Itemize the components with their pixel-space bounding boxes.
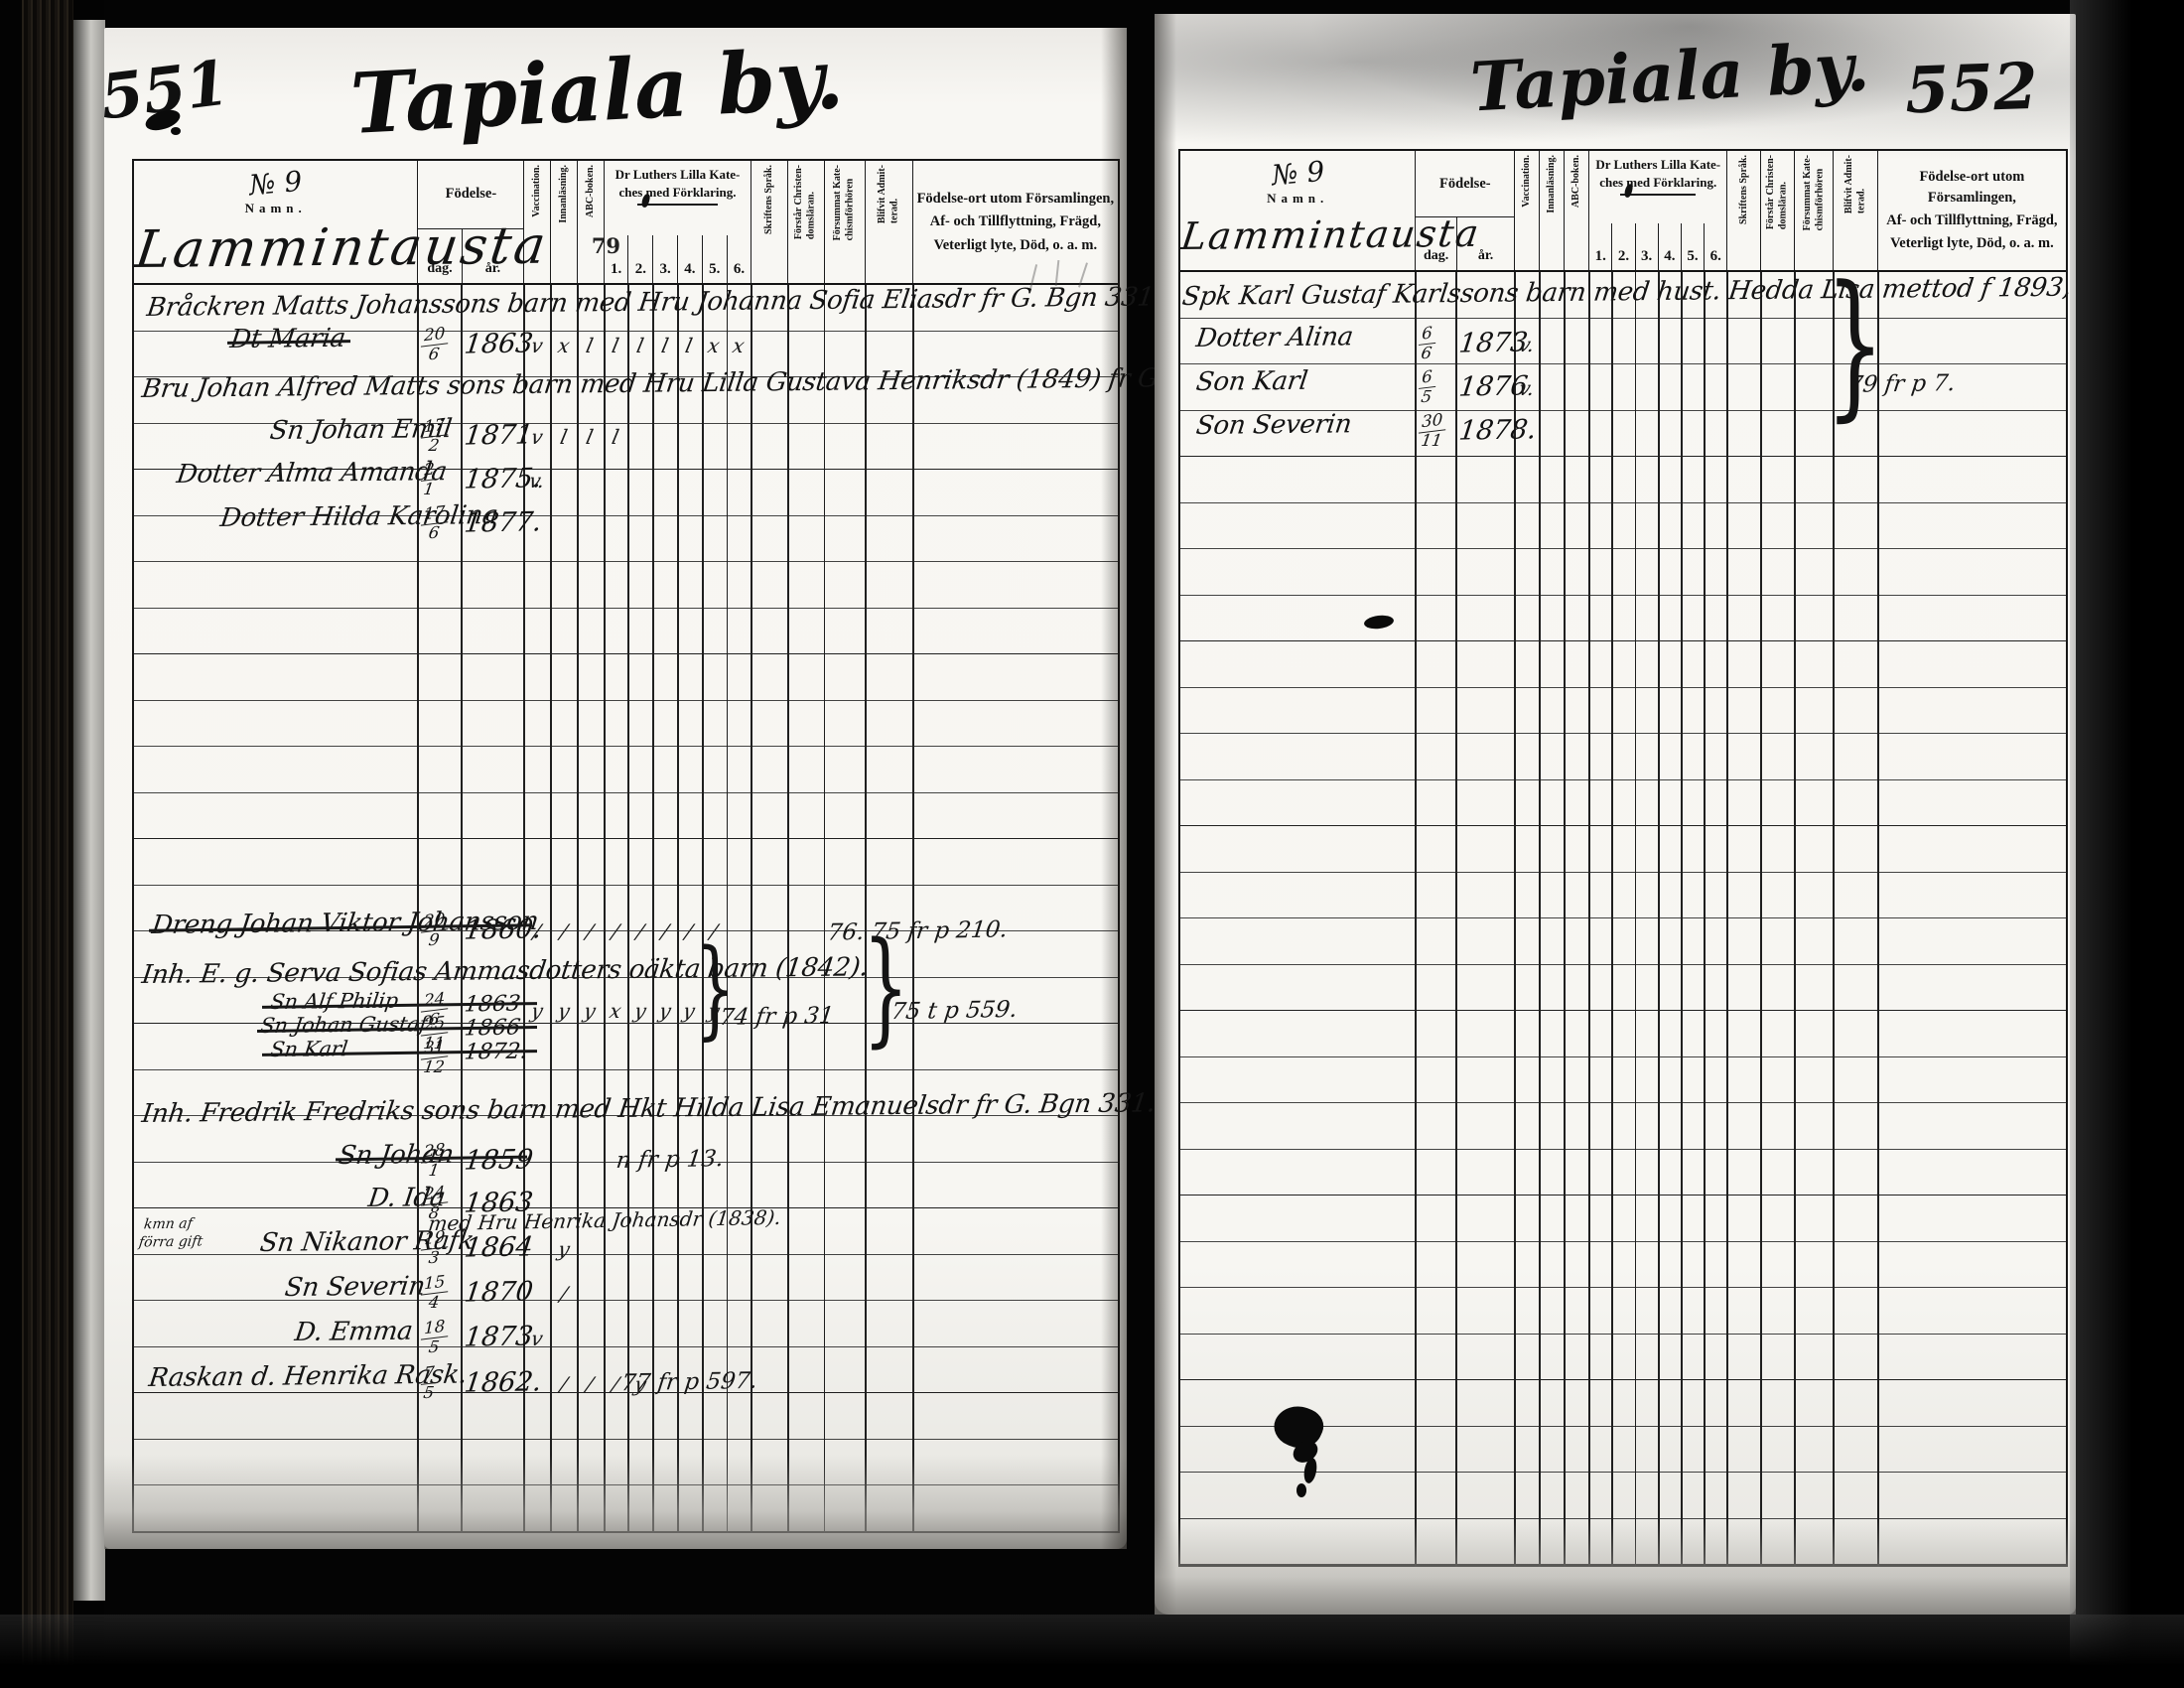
entry-birth-year: 1859 (463, 1144, 535, 1176)
grouping-bracket: } (695, 946, 736, 1032)
household-number: № 9 (248, 165, 304, 203)
ruled-row (134, 1301, 1118, 1347)
header-admitted-label: Blifvit Admit- terad. (877, 165, 901, 223)
birth-date-part: 17 (421, 503, 449, 525)
birth-date-part: 9 (428, 931, 441, 949)
entry-note: kmn af (143, 1216, 194, 1233)
column-line (865, 285, 867, 1533)
column-line (751, 285, 752, 1533)
header-abc-column: ABC-boken. (577, 161, 604, 283)
farm-name: Lammintausta (1178, 211, 1483, 258)
catechism-col-5: 5. (702, 235, 727, 283)
ruled-row (1180, 688, 2066, 735)
birth-date-part: 12 (423, 1058, 446, 1076)
ruled-row (1180, 1011, 2066, 1057)
catechism-col-6: 6. (1704, 223, 1726, 270)
remarks-line2: Af- och Tillflyttning, Frägd, (1886, 211, 2057, 230)
ruled-row (1180, 918, 2066, 965)
ruled-row (1180, 1335, 2066, 1381)
entry-birth-date: 3112 (420, 1040, 452, 1075)
birth-date-part: 31 (421, 1038, 449, 1059)
column-line (1681, 272, 1683, 1567)
birth-date-part: 5 (1420, 388, 1433, 406)
catechism-line1: Dr Luthers Lilla Kate- (1595, 157, 1720, 172)
ruled-row (134, 562, 1118, 609)
ruled-row (1180, 965, 2066, 1012)
catechism-col-3: 3. (652, 235, 677, 283)
scan-right-edge (2070, 0, 2184, 1688)
ruled-row (1180, 1103, 2066, 1150)
birth-date-part: 15 (421, 1273, 449, 1295)
column-line (550, 285, 552, 1533)
column-line (1704, 272, 1706, 1567)
entry-birth-date: 176 (420, 505, 452, 541)
entry-birth-date: 206 (420, 327, 452, 362)
column-line (787, 285, 789, 1533)
birth-date-part: 24 (421, 1184, 449, 1205)
entry-birth-year: 1877. (463, 506, 543, 538)
birth-date-part: 6 (1420, 345, 1433, 362)
birth-date-part: 3 (428, 1249, 441, 1267)
ink-speck (171, 127, 181, 135)
entry-name: Dotter Alma Amanda (175, 457, 449, 490)
ruled-row (1180, 1150, 2066, 1196)
column-line (912, 285, 914, 1533)
table-body-right: Spk Karl Gustaf Karlssons barn med hust.… (1180, 272, 2066, 1567)
header-name-label: Namn. (245, 201, 307, 216)
header-missed-label: Försummat Kate- chismförhören (1802, 155, 1827, 230)
birth-date-part: 7 (421, 1364, 438, 1384)
entry-name: Dotter Alina (1194, 322, 1355, 353)
ruled-row (1180, 1288, 2066, 1335)
catechism-col-6: 6. (727, 235, 751, 283)
grouping-bracket: } (1826, 281, 1885, 407)
header-scripture-label: Skriftens Språk. (1738, 155, 1751, 224)
birth-date-part: 24 (421, 990, 449, 1012)
entry-note: förra gift (138, 1233, 204, 1250)
birth-date-part: 28 (421, 1141, 449, 1163)
entry-name: Son Karl (1194, 366, 1309, 397)
column-line (1635, 272, 1637, 1567)
remarks-line3: Veterligt lyte, Död, o. a. m. (934, 235, 1098, 255)
remarks-line1: Födelse-ort utom Församlingen, (917, 189, 1115, 209)
catechism-ink-rule (1620, 194, 1696, 196)
entry-note: 79 (592, 233, 620, 258)
column-line (677, 285, 679, 1533)
catechism-col-1: 1. (1589, 223, 1611, 270)
column-line (727, 285, 729, 1533)
ruled-row (1180, 1196, 2066, 1242)
catechism-line2: ches med Förklaring. (618, 185, 736, 200)
scan-bottom-edge (0, 1615, 2184, 1688)
ruled-row (1180, 1057, 2066, 1104)
entry-birth-date: 193 (420, 1230, 452, 1266)
header-birth-label: Födelse- (1416, 151, 1514, 216)
header-reading-label: Innanläsning. (558, 165, 571, 223)
entry-note: 76. 75 fr p 210. (826, 916, 1009, 945)
entry-note: 75 t p 559. (889, 997, 1019, 1025)
column-line (577, 285, 579, 1533)
catechism-col-2: 2. (1611, 223, 1634, 270)
header-reading-column: Innanläsning. (1539, 151, 1564, 270)
entry-birth-date: 209 (420, 913, 452, 948)
column-line (1877, 272, 1879, 1567)
header-understands-column: Förstår Christen- domsläran. (1760, 151, 1794, 270)
entry-name: Sn Johan Gustaf (259, 1012, 429, 1038)
ruled-row (134, 701, 1118, 748)
column-line (1514, 272, 1516, 1567)
entry-birth-year: 1864 (463, 1231, 535, 1263)
catechism-col-4: 4. (677, 235, 702, 283)
remarks-line1: Födelse-ort utom Församlingen, (1878, 167, 2066, 208)
column-line (627, 285, 629, 1533)
header-catechism-column: Dr Luthers Lilla Kate- ches med Förklari… (1588, 151, 1726, 270)
column-line (824, 285, 826, 1533)
ruled-row (1180, 549, 2066, 596)
header-name-label: Namn. (1267, 191, 1328, 207)
ruled-row (134, 1393, 1118, 1440)
header-missed-label: Försummat Kate- chismförhören (832, 165, 857, 240)
farm-name: Lammintausta (132, 216, 552, 280)
header-scripture-column: Skriftens Språk. (1726, 151, 1760, 270)
column-line (1588, 272, 1590, 1567)
page-title-left: Tapiala by. (348, 29, 846, 153)
birth-date-part: 17 (421, 416, 449, 438)
header-abc-label: ABC-boken. (585, 165, 598, 217)
entry-birth-year: 1873 (463, 1321, 535, 1352)
remarks-line3: Veterligt lyte, Död, o. a. m. (1890, 233, 2054, 253)
birth-date-part: 5 (423, 1384, 436, 1402)
ruled-row (134, 654, 1118, 701)
ruled-row (134, 1255, 1118, 1302)
page-number-right: 552 (1904, 50, 2039, 129)
header-catechism-column: Dr Luthers Lilla Kate- ches med Förklari… (604, 161, 751, 283)
right-page: 552 Tapiala by. № 9 Namn. Födelse- dag. … (1155, 14, 2076, 1615)
header-understands-column: Förstår Christen- domsläran. (787, 161, 824, 283)
header-abc-label: ABC-boken. (1570, 155, 1583, 208)
remarks-line2: Af- och Tillflyttning, Frägd, (930, 211, 1101, 231)
table-body-left: Bråckren Matts Johanssons barn med Hru J… (134, 285, 1118, 1533)
entry-name: Sn Karl (269, 1037, 349, 1061)
birth-date-part: 1 (423, 481, 436, 498)
entry-birth-date: 154 (420, 1275, 452, 1311)
header-understands-label: Förstår Christen- domsläran. (793, 165, 818, 239)
entry-name: D. Emma (293, 1317, 414, 1347)
catechism-line2: ches med Förklaring. (1599, 175, 1716, 190)
column-line (1726, 272, 1728, 1567)
page-bottom-fade (1155, 1520, 2076, 1615)
column-line (604, 285, 606, 1533)
ruled-row (1180, 641, 2066, 688)
record-table-right: № 9 Namn. Födelse- dag. år. Vaccination.… (1178, 149, 2068, 1567)
birth-date-part: 6 (428, 524, 441, 542)
catechism-ink-rule (637, 204, 718, 206)
entry-birth-year: 1871 (463, 419, 535, 451)
birth-date-part: 25 (421, 1014, 449, 1036)
entry-note: 77 fr p 597. (619, 1368, 758, 1396)
entry-birth-year: 1878. (1457, 414, 1538, 446)
header-vaccination-label: Vaccination. (1521, 155, 1534, 208)
column-line (652, 285, 654, 1533)
header-reading-column: Innanläsning. (550, 161, 577, 283)
catechism-col-5: 5. (1681, 223, 1704, 270)
catechism-col-4: 4. (1658, 223, 1681, 270)
book-spine-texture (22, 0, 73, 1688)
ruled-row (1180, 503, 2066, 550)
ruled-row (134, 839, 1118, 886)
ruled-row (1180, 873, 2066, 919)
ruled-row (1180, 826, 2066, 873)
birth-date-part: 30 (1419, 411, 1446, 433)
column-line (1415, 272, 1417, 1567)
column-line (1794, 272, 1796, 1567)
ruled-row (1180, 596, 2066, 642)
header-admitted-label: Blifvit Admit- terad. (1843, 155, 1868, 213)
ruled-row (134, 609, 1118, 655)
header-missed-column: Försummat Kate- chismförhören (824, 161, 866, 283)
column-line (1760, 272, 1762, 1567)
birth-date-part: 1 (428, 1162, 441, 1180)
birth-date-part: 20 (421, 325, 449, 347)
column-line (1611, 272, 1613, 1567)
birth-date-part: 6 (1419, 325, 1435, 345)
entry-name: Dotter Hilda Karolina (218, 500, 499, 533)
page-bottom-fade (104, 1455, 1127, 1549)
header-catechism-numbers: 1. 2. 3. 4. 5. 6. (605, 235, 751, 283)
entry-birth-year: 1870 (463, 1276, 535, 1308)
birth-date-part: 6 (428, 346, 441, 363)
ruled-row (1180, 1242, 2066, 1289)
entry-birth-date: 185 (420, 1320, 452, 1355)
entry-name: Sn Severin (283, 1272, 427, 1303)
column-line (1564, 272, 1566, 1567)
column-line (702, 285, 704, 1533)
column-line (1455, 272, 1457, 1567)
birth-date-part: 20 (421, 911, 449, 932)
birth-date-part: 2 (421, 461, 438, 481)
birth-date-part: 2 (428, 437, 441, 455)
birth-date-part: 18 (421, 1318, 449, 1339)
entry-birth-date: 172 (420, 418, 452, 454)
birth-date-part: 4 (428, 1294, 441, 1312)
header-scripture-column: Skriftens Språk. (751, 161, 787, 283)
header-vaccination-label: Vaccination. (531, 165, 544, 217)
entry-birth-date: 281 (420, 1143, 452, 1179)
column-line (1539, 272, 1541, 1567)
header-scripture-label: Skriftens Språk. (763, 165, 776, 234)
header-catechism-label: Dr Luthers Lilla Kate- ches med Förklari… (605, 161, 751, 235)
header-understands-label: Förstår Christen- domsläran. (1765, 155, 1790, 229)
catechism-col-3: 3. (1635, 223, 1658, 270)
header-catechism-label: Dr Luthers Lilla Kate- ches med Förklari… (1589, 151, 1726, 223)
catechism-col-2: 2. (627, 235, 652, 283)
ruled-row (1180, 457, 2066, 503)
record-table-left: № 9 Namn. Födelse- dag. år. Vaccination.… (132, 159, 1120, 1533)
ruled-row (1180, 780, 2066, 827)
scanned-parish-register: 551 Tapiala by. № 9 Namn. Födelse- dag. … (0, 0, 2184, 1688)
page-edge-curl (73, 20, 105, 1601)
header-vaccination-column: Vaccination. (1514, 151, 1539, 270)
birth-date-part: 11 (1420, 432, 1442, 450)
birth-date-part: 5 (428, 1338, 441, 1356)
header-catechism-numbers: 1. 2. 3. 4. 5. 6. (1589, 223, 1726, 270)
column-line (1833, 272, 1835, 1567)
catechism-line1: Dr Luthers Lilla Kate- (615, 167, 741, 182)
header-reading-label: Innanläsning. (1546, 155, 1559, 213)
entry-birth-year: 1862. (463, 1366, 543, 1398)
header-remarks-column: Födelse-ort utom Församlingen, Af- och T… (1877, 151, 2066, 270)
ruled-row (134, 793, 1118, 840)
household-number: № 9 (1270, 155, 1325, 193)
grouping-bracket: } (863, 938, 909, 1037)
ruled-row (134, 747, 1118, 793)
entry-birth-year: 1863 (463, 328, 535, 359)
entry-note: n fr p 13. (614, 1146, 725, 1174)
header-abc-column: ABC-boken. (1564, 151, 1588, 270)
entry-name: Dt Maria (228, 324, 347, 354)
header-admitted-column: Blifvit Admit- terad. (865, 161, 912, 283)
ruled-row (1180, 734, 2066, 780)
entry-name: Son Severin (1194, 409, 1353, 441)
ink-speck (1297, 1483, 1306, 1497)
entry-birth-date: 3011 (1417, 413, 1448, 449)
left-page: 551 Tapiala by. № 9 Namn. Födelse- dag. … (104, 28, 1127, 1549)
birth-date-part: 19 (421, 1228, 449, 1250)
entry-name: Sn Alf Philip (269, 989, 400, 1014)
column-line (1658, 272, 1660, 1567)
birth-date-part: 6 (1419, 368, 1435, 388)
